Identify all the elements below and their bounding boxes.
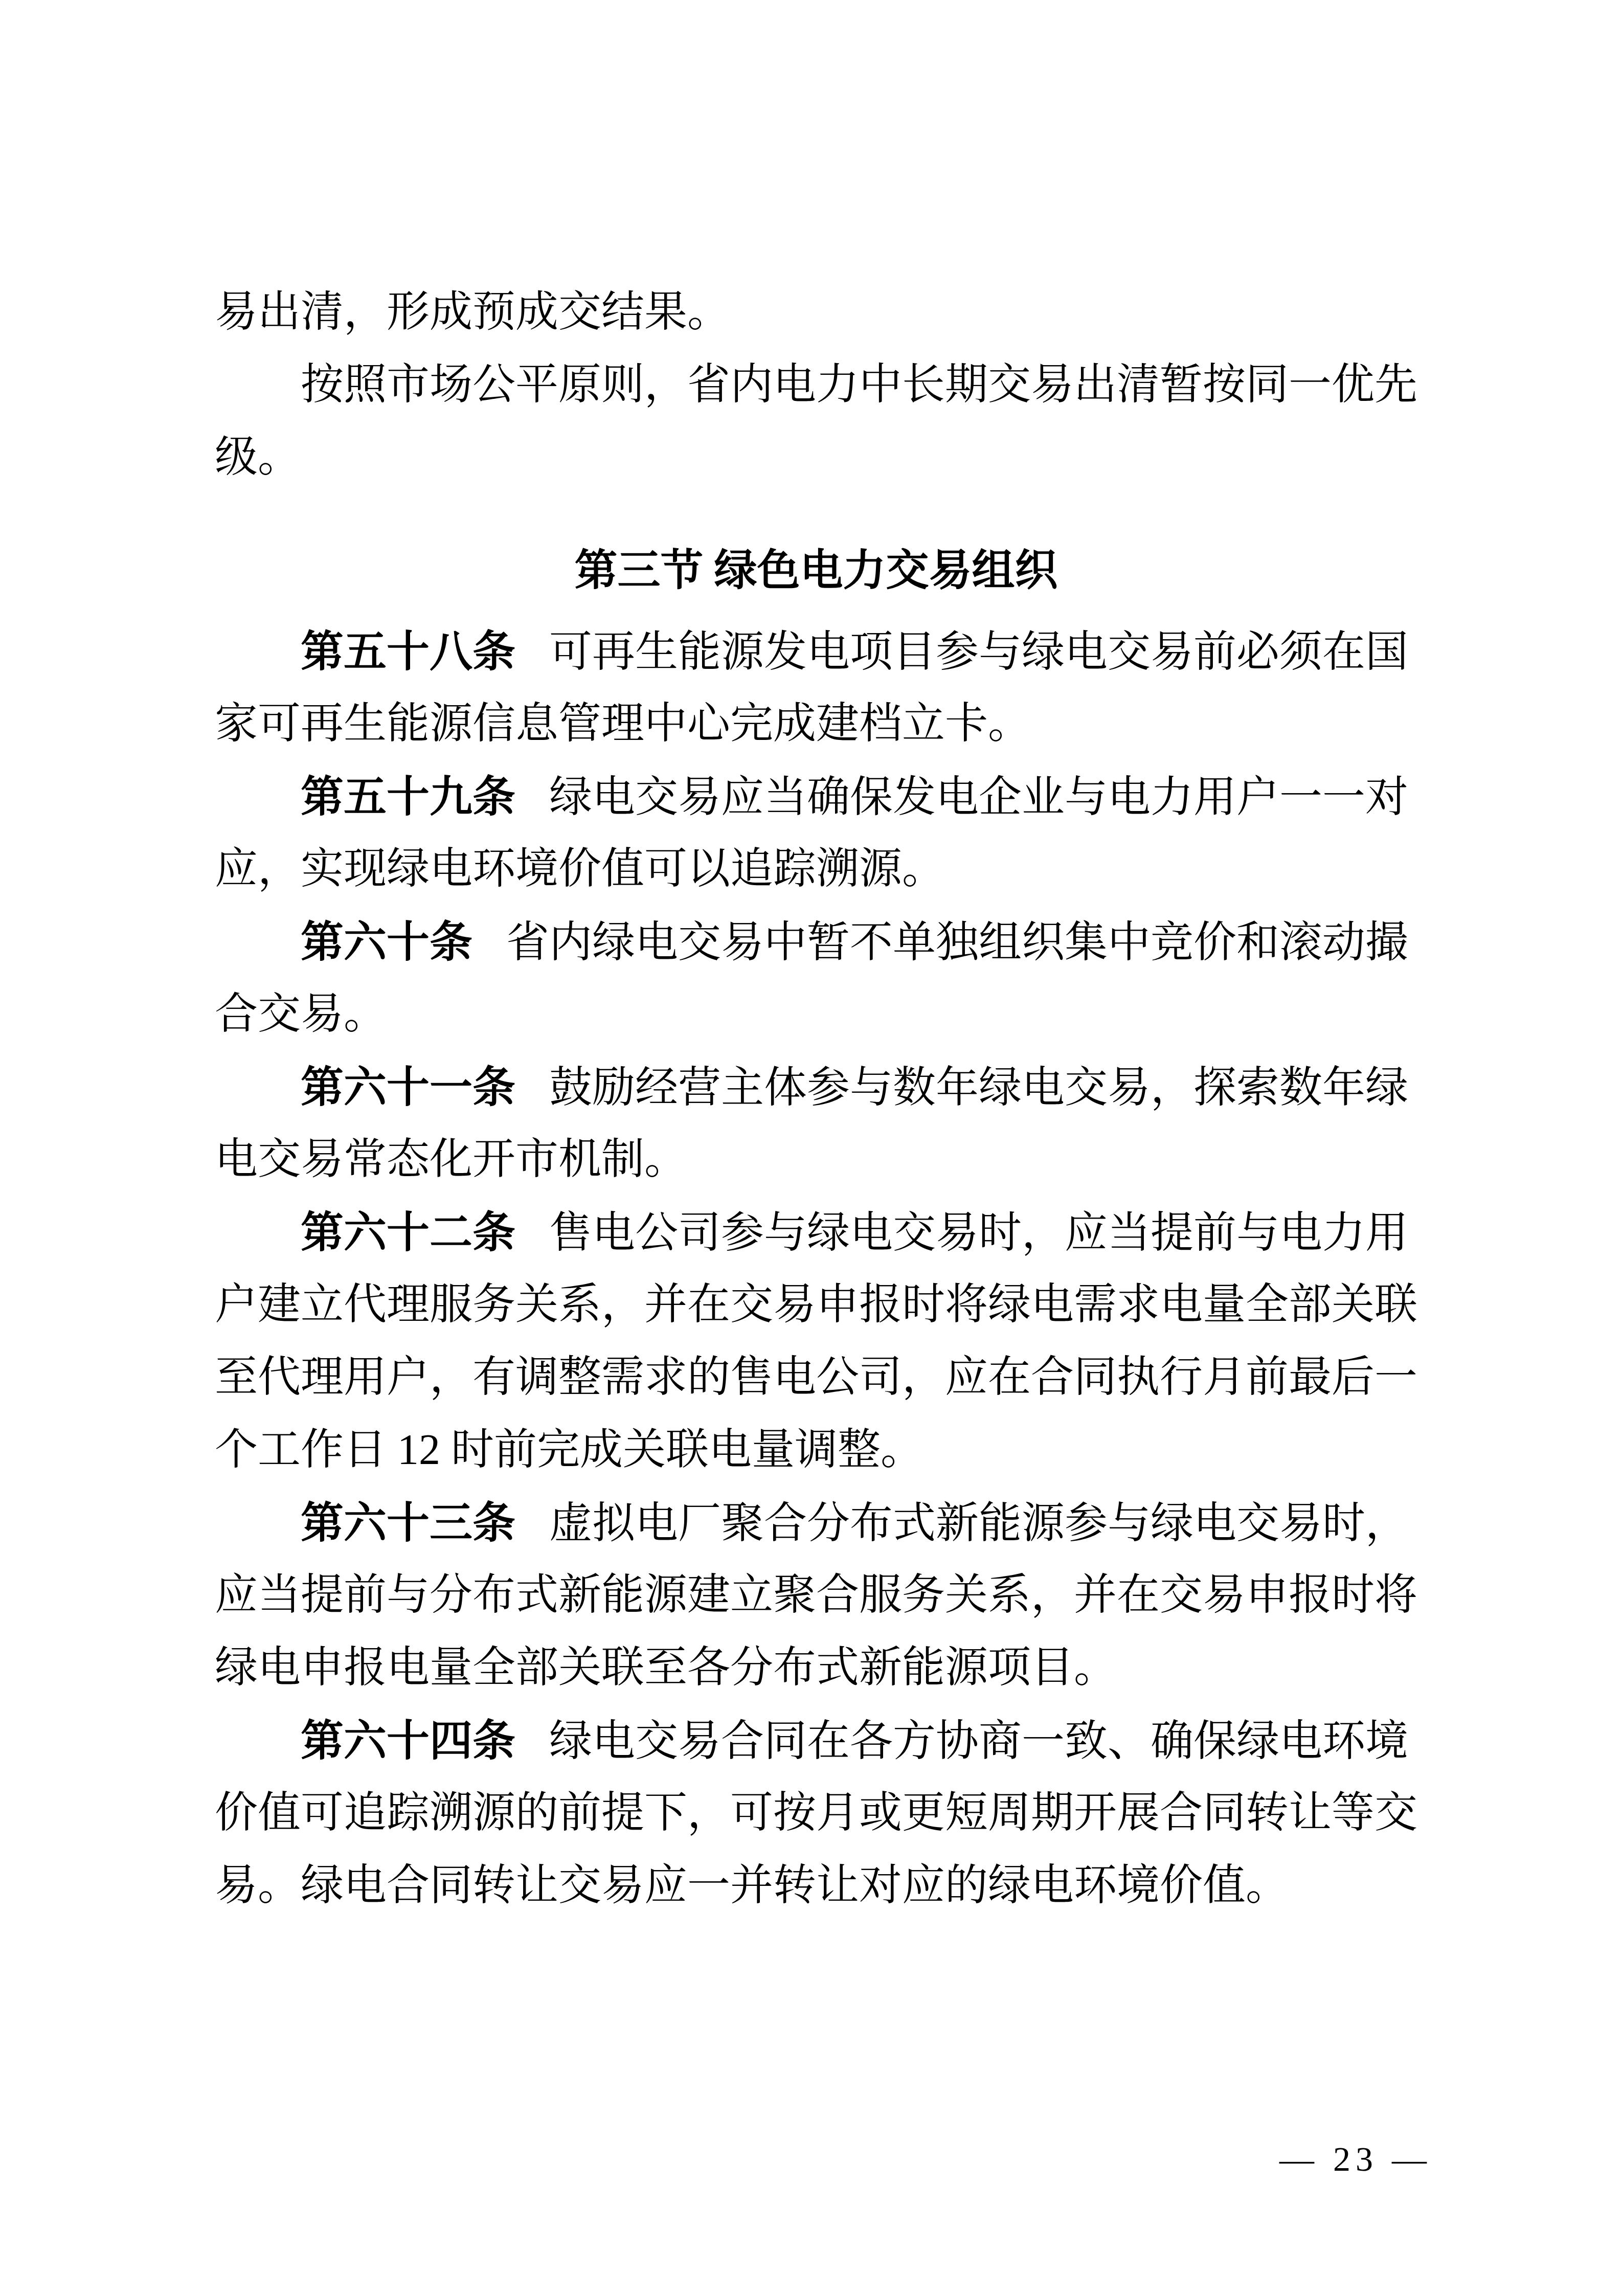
line-text: 个工作日 12 时前完成关联电量调整。 [215, 1426, 923, 1474]
text-line: 第六十一条鼓励经营主体参与数年绿电交易，探索数年绿 [215, 1051, 1417, 1123]
text-line: 应当提前与分布式新能源建立聚合服务关系，并在交易申报时将 [215, 1559, 1417, 1632]
line-text: 易。绿电合同转让交易应一并转让对应的绿电环境价值。 [215, 1862, 1289, 1909]
text-line: 价值可追踪溯源的前提下，可按月或更短周期开展合同转让等交 [215, 1777, 1417, 1850]
article-number: 第六十条 [301, 918, 472, 966]
article-number: 第六十四条 [301, 1717, 515, 1765]
article-number: 第六十三条 [301, 1499, 515, 1547]
line-text: 按照市场公平原则，省内电力中长期交易出清暂按同一优先 [301, 361, 1417, 409]
article-number: 第六十一条 [301, 1063, 515, 1111]
line-text: 虚拟电厂聚合分布式新能源参与绿电交易时， [549, 1500, 1408, 1547]
page-number: — 23 — [1279, 2125, 1432, 2193]
line-text: 应当提前与分布式新能源建立聚合服务关系，并在交易申报时将 [215, 1571, 1417, 1619]
article-number: 第六十二条 [301, 1208, 515, 1256]
text-line: 户建立代理服务关系，并在交易申报时将绿电需求电量全部关联 [215, 1269, 1417, 1341]
line-text: 省内绿电交易中暂不单独组织集中竞价和滚动撮 [506, 919, 1408, 966]
text-line: 第五十九条绿电交易应当确保发电企业与电力用户一一对 [215, 760, 1417, 833]
text-line: 第六十条省内绿电交易中暂不单独组织集中竞价和滚动撮 [215, 906, 1417, 978]
text-line: 电交易常态化开市机制。 [215, 1123, 1417, 1196]
article-number: 第五十九条 [301, 773, 515, 821]
text-line: 按照市场公平原则，省内电力中长期交易出清暂按同一优先 [215, 349, 1417, 421]
document-page: 易出清，形成预成交结果。 按照市场公平原则，省内电力中长期交易出清暂按同一优先 … [0, 0, 1623, 2296]
text-line: 第六十三条虚拟电厂聚合分布式新能源参与绿电交易时， [215, 1487, 1417, 1559]
text-line: 应，实现绿电环境价值可以追踪溯源。 [215, 833, 1417, 906]
text-line: 易。绿电合同转让交易应一并转让对应的绿电环境价值。 [215, 1850, 1417, 1922]
line-text: 售电公司参与绿电交易时，应当提前与电力用 [549, 1209, 1408, 1257]
text-line: 家可再生能源信息管理中心完成建档立卡。 [215, 688, 1417, 760]
text-line: 个工作日 12 时前完成关联电量调整。 [215, 1414, 1417, 1487]
text-line: 易出清，形成预成交结果。 [215, 276, 1417, 349]
section-heading: 第三节 绿色电力交易组织 [215, 535, 1417, 607]
text-line: 第六十四条绿电交易合同在各方协商一致、确保绿电环境 [215, 1704, 1417, 1777]
text-line: 第六十二条售电公司参与绿电交易时，应当提前与电力用 [215, 1196, 1417, 1269]
line-text: 绿电交易合同在各方协商一致、确保绿电环境 [549, 1718, 1408, 1765]
line-text: 第三节 绿色电力交易组织 [574, 547, 1057, 595]
line-text: 合交易。 [215, 991, 387, 1038]
line-text: 级。 [215, 434, 301, 481]
line-text: 可再生能源发电项目参与绿电交易前必须在国 [549, 628, 1408, 676]
text-line: 合交易。 [215, 978, 1417, 1051]
line-text: 应，实现绿电环境价值可以追踪溯源。 [215, 845, 945, 893]
line-text: 绿电申报电量全部关联至各分布式新能源项目。 [215, 1644, 1117, 1692]
text-line: 级。 [215, 421, 1417, 494]
line-text: 鼓励经营主体参与数年绿电交易，探索数年绿 [549, 1064, 1408, 1112]
line-text: 价值可追踪溯源的前提下，可按月或更短周期开展合同转让等交 [215, 1789, 1417, 1837]
text-line: 绿电申报电量全部关联至各分布式新能源项目。 [215, 1632, 1417, 1704]
line-text: 家可再生能源信息管理中心完成建档立卡。 [215, 700, 1031, 748]
article-number: 第五十八条 [301, 627, 515, 676]
text-line: 第五十八条可再生能源发电项目参与绿电交易前必须在国 [215, 615, 1417, 688]
line-text: 电交易常态化开市机制。 [215, 1136, 687, 1183]
document-body: 易出清，形成预成交结果。 按照市场公平原则，省内电力中长期交易出清暂按同一优先 … [215, 276, 1417, 1922]
text-line: 至代理用户，有调整需求的售电公司，应在合同执行月前最后一 [215, 1341, 1417, 1414]
line-text: 至代理用户，有调整需求的售电公司，应在合同执行月前最后一 [215, 1354, 1417, 1401]
line-text: 绿电交易应当确保发电企业与电力用户一一对 [549, 774, 1408, 821]
line-text: 易出清，形成预成交结果。 [215, 288, 730, 336]
line-text: 户建立代理服务关系，并在交易申报时将绿电需求电量全部关联 [215, 1281, 1417, 1329]
